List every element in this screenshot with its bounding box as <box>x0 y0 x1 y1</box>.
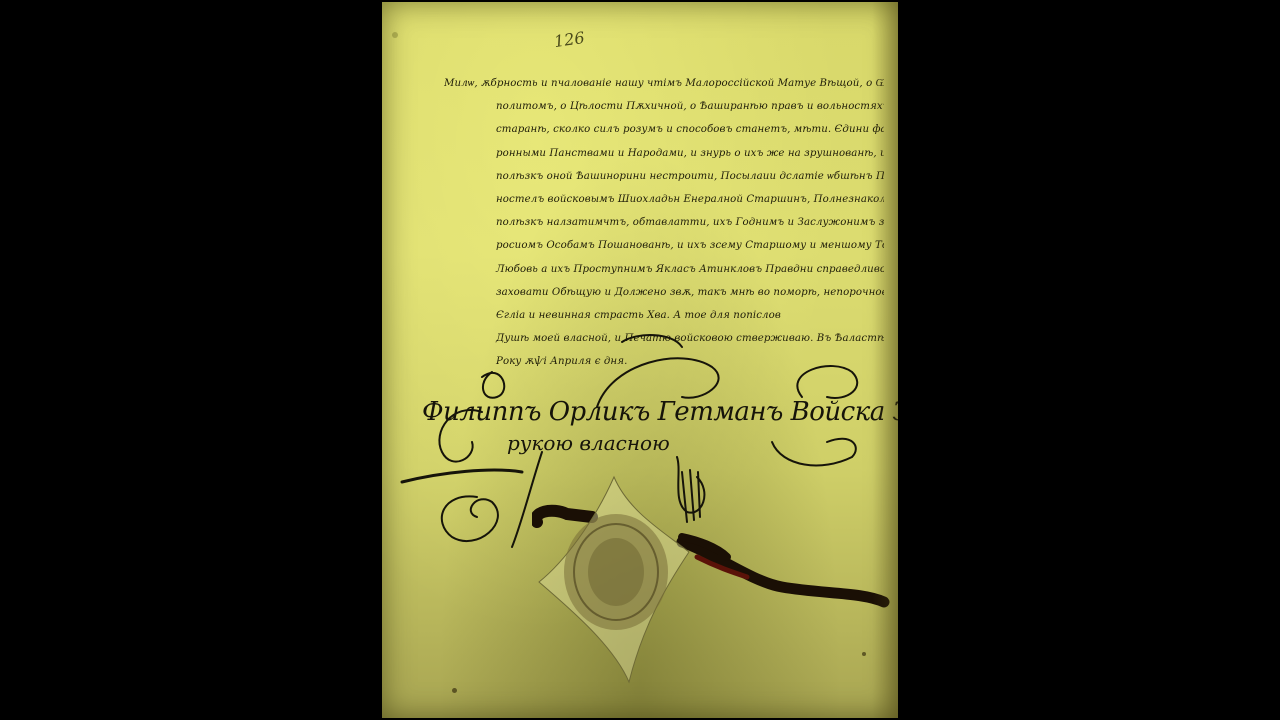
ink-spot <box>392 32 398 38</box>
text-line-11: Єгліа и невинная страсть Хва. А тое для … <box>444 304 884 327</box>
document-viewer: 126 Милѡ, ѫбрность и пчалованіе нашу чті… <box>0 0 1280 720</box>
hetman-signature: Филиппъ Орликъ Гетманъ Войска Запорожско… <box>422 397 892 455</box>
text-line-9: Любовь а ихъ Проступнимъ Якласъ Атинклов… <box>444 258 884 281</box>
signature-line-1: Филиппъ Орликъ Гетманъ Войска Запорожско… <box>422 397 892 427</box>
manuscript-body: Милѡ, ѫбрность и пчалованіе нашу чтімъ М… <box>444 72 884 374</box>
text-line-11-left: Єгліа и невинная страсть Хва. <box>496 310 670 321</box>
signature-line-2: рукою власною <box>507 431 892 455</box>
text-line-13: Року ѫѱі Априля є дня. <box>444 350 884 373</box>
text-line-4: ронными Панствами и Народами, и знурь о … <box>444 142 884 165</box>
text-line-3: старанѣ, сколко силъ розумъ и способовъ … <box>444 118 884 141</box>
manuscript-page: 126 Милѡ, ѫбрность и пчалованіе нашу чті… <box>382 2 898 718</box>
text-line-8: росиомъ Особамъ Пошанованѣ, и ихъ зсему … <box>444 234 884 257</box>
ink-spot <box>452 688 457 693</box>
text-line-7: полѣзкъ налзатимчтъ, обтавлатти, ихъ Год… <box>444 211 884 234</box>
text-line-11-right: А тое для попіслов <box>673 310 781 321</box>
folio-number: 126 <box>553 28 586 51</box>
text-line-6: ностелъ войсковымъ Шиохладьн Енералной С… <box>444 188 884 211</box>
ink-spot <box>862 652 866 656</box>
wax-seal-icon <box>534 472 694 692</box>
text-line-5: полѣзкъ оной Ѣашинорини нестроити, Посыл… <box>444 165 884 188</box>
text-line-10: заховати Обѣщую и Должено звѫ, такъ мнѣ … <box>444 281 884 304</box>
text-line-1: Милѡ, ѫбрность и пчалованіе нашу чтімъ М… <box>444 72 884 95</box>
text-line-12: Душѣ моей власной, и Печатю войсковою ст… <box>444 327 884 350</box>
text-line-2: политомъ, о Цѣлости Пѫхичной, о Ѣаширанѣ… <box>444 95 884 118</box>
